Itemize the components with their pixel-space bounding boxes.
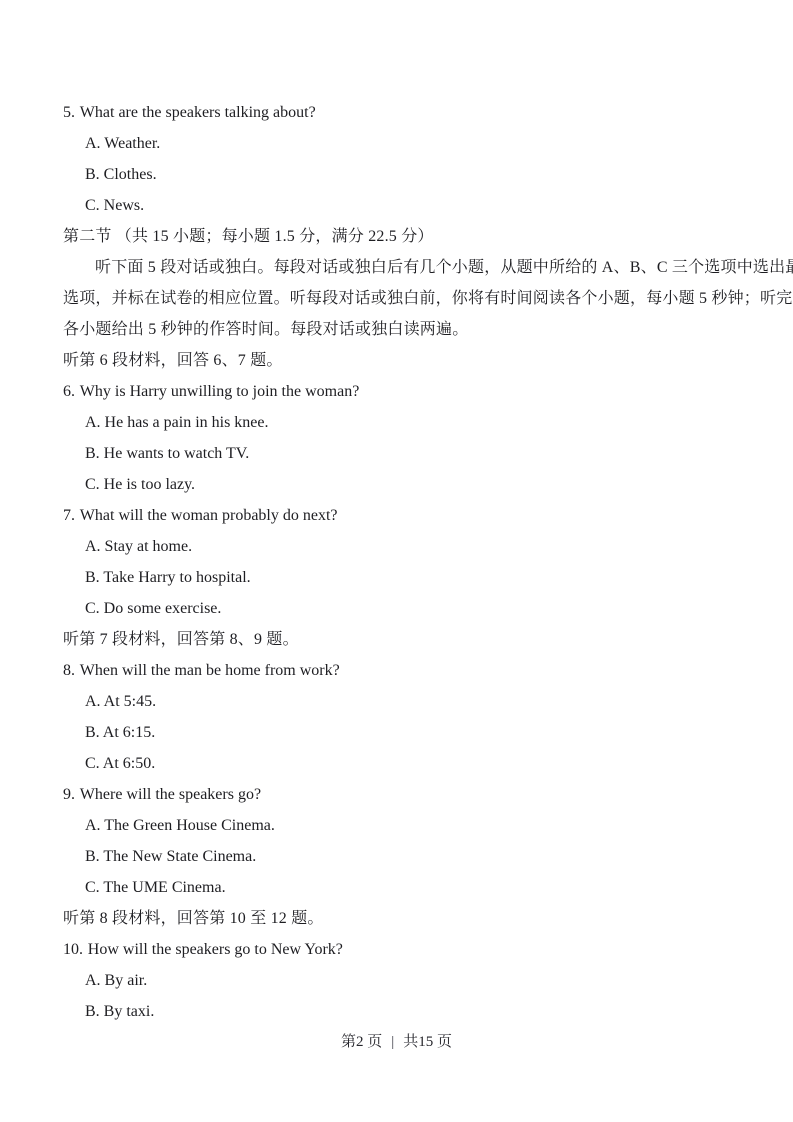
question-5-option-b: B. Clothes. — [63, 159, 725, 190]
question-text: What will the woman probably do next? — [80, 507, 338, 524]
question-9-option-c: C. The UME Cinema. — [63, 872, 725, 903]
material-7-heading: 听第 7 段材料，回答第 8、9 题。 — [63, 624, 725, 655]
material-6-heading: 听第 6 段材料，回答 6、7 题。 — [63, 345, 725, 376]
question-8-option-c: C. At 6:50. — [63, 748, 725, 779]
question-6-option-c: C. He is too lazy. — [63, 469, 725, 500]
question-number: 6. — [63, 383, 75, 400]
question-number: 10. — [63, 941, 83, 958]
page-footer: 第2 页|共15 页 — [0, 1031, 793, 1053]
instructions-line-3: 各小题给出 5 秒钟的作答时间。每段对话或独白读两遍。 — [63, 314, 725, 345]
exam-page: 5.What are the speakers talking about? A… — [0, 0, 793, 1122]
question-number: 9. — [63, 786, 75, 803]
question-text: What are the speakers talking about? — [80, 104, 316, 121]
exam-content: 5.What are the speakers talking about? A… — [63, 97, 725, 1027]
question-7-option-b: B. Take Harry to hospital. — [63, 562, 725, 593]
section-2-heading: 第二节 （共 15 小题；每小题 1.5 分，满分 22.5 分） — [63, 221, 725, 252]
question-7: 7.What will the woman probably do next? — [63, 500, 725, 531]
footer-separator: | — [391, 1031, 394, 1053]
instructions-line-2: 选项，并标在试卷的相应位置。听每段对话或独白前，你将有时间阅读各个小题，每小题 … — [63, 283, 725, 314]
question-6-option-b: B. He wants to watch TV. — [63, 438, 725, 469]
question-6-option-a: A. He has a pain in his knee. — [63, 407, 725, 438]
question-number: 8. — [63, 662, 75, 679]
question-7-option-c: C. Do some exercise. — [63, 593, 725, 624]
question-text: When will the man be home from work? — [80, 662, 340, 679]
question-text: How will the speakers go to New York? — [88, 941, 343, 958]
question-number: 7. — [63, 507, 75, 524]
question-5: 5.What are the speakers talking about? — [63, 97, 725, 128]
question-9-option-b: B. The New State Cinema. — [63, 841, 725, 872]
question-7-option-a: A. Stay at home. — [63, 531, 725, 562]
question-10-option-b: B. By taxi. — [63, 996, 725, 1027]
question-5-option-a: A. Weather. — [63, 128, 725, 159]
question-number: 5. — [63, 104, 75, 121]
question-8-option-b: B. At 6:15. — [63, 717, 725, 748]
question-10: 10.How will the speakers go to New York? — [63, 934, 725, 965]
material-8-heading: 听第 8 段材料，回答第 10 至 12 题。 — [63, 903, 725, 934]
question-9-option-a: A. The Green House Cinema. — [63, 810, 725, 841]
question-text: Where will the speakers go? — [80, 786, 261, 803]
footer-current-page: 第2 页 — [341, 1031, 382, 1053]
question-10-option-a: A. By air. — [63, 965, 725, 996]
question-5-option-c: C. News. — [63, 190, 725, 221]
question-text: Why is Harry unwilling to join the woman… — [80, 383, 360, 400]
question-6: 6.Why is Harry unwilling to join the wom… — [63, 376, 725, 407]
question-8: 8.When will the man be home from work? — [63, 655, 725, 686]
question-8-option-a: A. At 5:45. — [63, 686, 725, 717]
question-9: 9.Where will the speakers go? — [63, 779, 725, 810]
footer-total-pages: 共15 页 — [403, 1031, 452, 1053]
instructions-line-1: 听下面 5 段对话或独白。每段对话或独白后有几个小题，从题中所给的 A、B、C … — [63, 252, 725, 283]
